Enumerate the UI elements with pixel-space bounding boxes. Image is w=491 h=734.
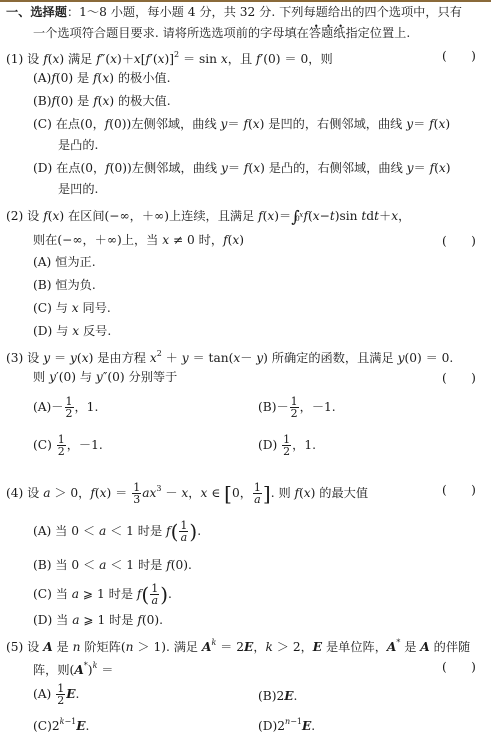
q5-option-c[interactable]: (C)2k−1E. (33, 714, 89, 734)
q1-option-b[interactable]: (B)f(0) 是 f(x) 的极大值. (33, 93, 171, 109)
q2-option-b[interactable]: (B) 恒为负. (33, 277, 96, 293)
section-desc-2: 一个选项符合题目要求. 请将所选选项前的字母填在答•题•纸•指定位置上. (33, 25, 410, 41)
q1-option-c-cont: 是凸的. (58, 137, 98, 153)
question-2-stem: (2) 设 f(x) 在区间(−∞，＋∞)上连续，且满足 f(x)＝∫x0 f(… (6, 208, 410, 225)
question-3-stem: (3) 设 y ＝ y(x) 是由方程 x2 ＋ y ＝ tan(x－ y) 所… (6, 346, 453, 366)
q3-option-b[interactable]: (B)－12，－1. (258, 396, 336, 419)
q4-option-c[interactable]: (C) 当 a ⩾ 1 时是 f(1a). (33, 583, 172, 606)
answer-blank-1[interactable]: ( ) (442, 47, 476, 64)
answer-blank-4[interactable]: ( ) (442, 481, 476, 498)
q1-option-d[interactable]: (D) 在点(0，f(0))左侧邻域，曲线 y＝ f(x) 是凸的，右侧邻域，曲… (33, 160, 451, 176)
top-border (0, 0, 491, 2)
q5-option-d[interactable]: (D)2n−1E. (258, 714, 315, 734)
question-2-stem-2: 则在(−∞，＋∞)上，当 x ≠ 0 时，f(x) (33, 232, 244, 248)
q1-option-a[interactable]: (A)f(0) 是 f(x) 的极小值. (33, 70, 170, 86)
question-3-stem-2: 则 y′(0) 与 y″(0) 分别等于 (33, 369, 177, 385)
q2-option-a[interactable]: (A) 恒为正. (33, 254, 96, 270)
q1-option-d-cont: 是凹的. (58, 181, 98, 197)
q3-option-c[interactable]: (C) 12，－1. (33, 434, 103, 457)
question-5-stem: (5) 设 A 是 n 阶矩阵(n ＞ 1). 满足 Ak ＝ 2E，k ＞ 2… (6, 635, 470, 655)
section-header: 一、选择题：1～8 小题，每小题 4 分，共 32 分. 下列每题给出的四个选项… (6, 4, 462, 20)
question-5-stem-2: 阵，则(A*)k ＝ (33, 658, 113, 678)
q2-option-d[interactable]: (D) 与 x 反号. (33, 323, 111, 339)
q4-option-d[interactable]: (D) 当 a ⩾ 1 时是 f(0). (33, 612, 163, 628)
section-title: 一、选择题 (6, 5, 67, 19)
q1-option-c[interactable]: (C) 在点(0，f(0))左侧邻域，曲线 y＝ f(x) 是凹的，右侧邻域，曲… (33, 116, 450, 132)
answer-blank-3[interactable]: ( ) (442, 369, 476, 386)
question-1-stem: (1) 设 f(x) 满足 f″(x)＋x[f′(x)]2 ＝ sin x，且 … (6, 47, 333, 67)
q4-option-b[interactable]: (B) 当 0 ＜ a ＜ 1 时是 f(0). (33, 557, 192, 573)
q5-option-b[interactable]: (B)2E. (258, 688, 297, 704)
question-4-stem: (4) 设 a ＞ 0，f(x) ＝ 13ax3 － x，x ∈ [0，1a].… (6, 481, 368, 505)
q3-option-a[interactable]: (A)－12，1. (33, 396, 98, 419)
answer-blank-2[interactable]: ( ) (442, 232, 476, 249)
q3-option-d[interactable]: (D) 12，1. (258, 434, 316, 457)
answer-blank-5[interactable]: ( ) (442, 658, 476, 675)
q5-option-a[interactable]: (A) 12E. (33, 683, 79, 706)
q4-option-a[interactable]: (A) 当 0 ＜ a ＜ 1 时是 f(1a). (33, 520, 201, 543)
q2-option-c[interactable]: (C) 与 x 同号. (33, 300, 111, 316)
